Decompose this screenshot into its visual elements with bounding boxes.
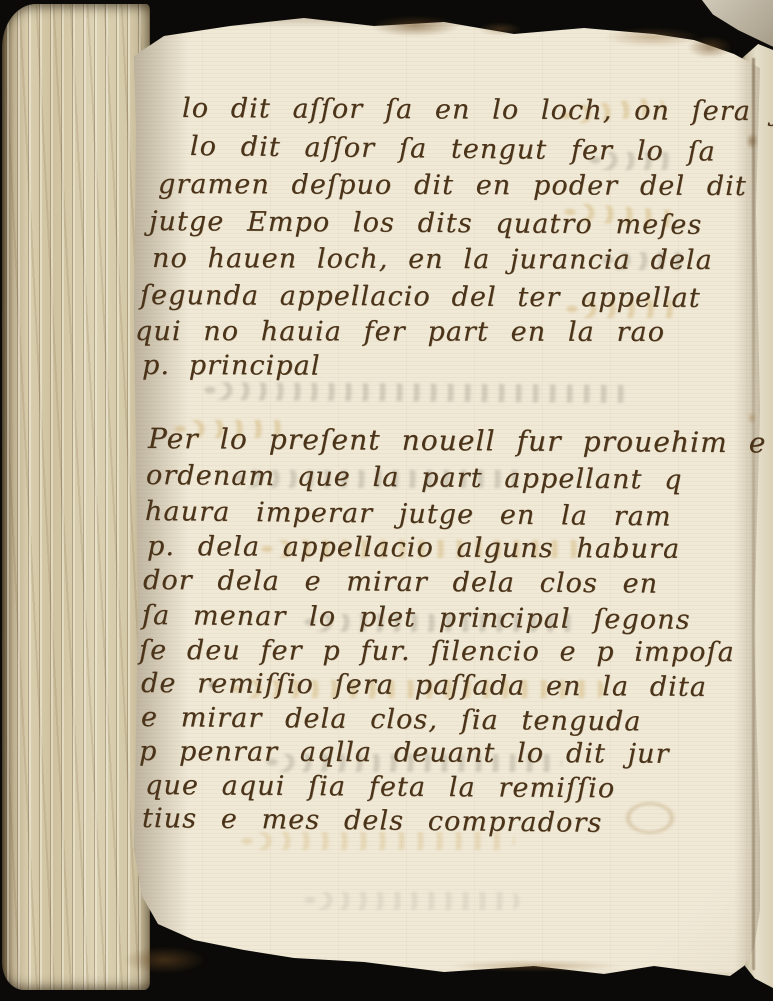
manuscript-line: no hauen loch, en la jurancia dela [152, 243, 713, 276]
manuscript-line: gramen deſpuo dit en poder del dit [158, 169, 747, 202]
manuscript-line: dor dela e mirar dela clos en [143, 565, 658, 600]
manuscript-line: p. principal [142, 350, 321, 382]
handwritten-text-block: lo dit aſſor ſa en lo loch, on ſera jutg… [0, 0, 773, 1001]
manuscript-line: Per lo preſent nouell fur prouehim e [148, 422, 767, 459]
manuscript-line: haura imperar jutge en la ram [145, 496, 672, 533]
manuscript-line: tius e mes dels compradors [142, 803, 603, 839]
manuscript-line: que aqui ſia feta la remiſſio [145, 770, 615, 804]
manuscript-line: e mirar dela clos, ſia tenguda [141, 702, 642, 737]
photo-background: lo dit aſſor ſa en lo loch, on ſera jutg… [0, 0, 773, 1001]
manuscript-line: p. dela appellacio alguns habura [147, 531, 680, 565]
manuscript-line: lo dit aſſor ſa tengut fer lo ſa [190, 131, 716, 168]
manuscript-line: p penrar aqlla deuant lo dit jur [139, 736, 670, 770]
manuscript-line: de remiſſio ſera paſſada en la dita [141, 668, 707, 703]
manuscript-line: qui no hauia fer part en la rao [135, 316, 665, 348]
manuscript-line: lo dit aſſor ſa en lo loch, on ſera jutg… [182, 93, 773, 128]
manuscript-line: ſe deu fer p fur. ſilencio e p impoſa [139, 635, 735, 668]
manuscript-line: ordenam que la part appellant q [146, 460, 683, 496]
manuscript-line: ſa menar lo plet principal ſegons [142, 600, 691, 636]
manuscript-line: ſegunda appellacio del ter appellat [140, 280, 701, 314]
manuscript-line: jutge Empo los dits quatro meſes [149, 206, 703, 241]
